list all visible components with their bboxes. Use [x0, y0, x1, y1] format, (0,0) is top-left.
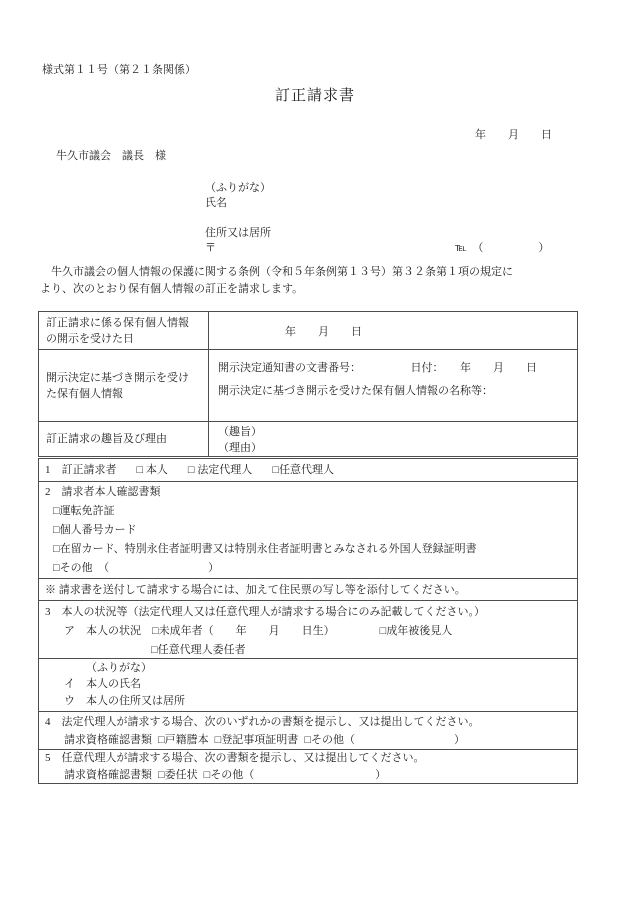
section-4-heading: 4 法定代理人が請求する場合、次のいずれかの書類を提示し、又は提出してください。 — [45, 713, 577, 731]
legal-rep-docs-line: 請求資格確認書類□戸籍謄本□登記事項証明書□その他（ ） — [64, 731, 577, 749]
option-label: 戸籍謄本 — [165, 734, 209, 746]
mailing-note: ※ 請求書を送付して請求する場合には、加えて住民票の写し等を添付してください。 — [45, 584, 466, 596]
correction-request-form: 様式第１１号（第２１条関係） 訂正請求書 年 月 日 牛久市議会 議長 様 （ふ… — [0, 0, 630, 903]
option-label: 法定代理人 — [195, 464, 253, 476]
section-5-voluntary-rep-documents: 5 任意代理人が請求する場合、次の書類を提示し、又は提出してください。 請求資格… — [39, 749, 577, 783]
document-number-line: 開示決定通知書の文書番号： 日付： 年 月 日 — [218, 357, 577, 380]
checkbox-other-identity-icon[interactable]: □ — [53, 562, 60, 574]
checkbox-legal-rep-icon[interactable]: □ — [188, 464, 195, 476]
table-row: 開示決定に基づき開示を受け た保有個人情報 開示決定通知書の文書番号： 日付： … — [39, 350, 578, 422]
row-value-purpose-reason: （趣旨） （理由） — [209, 422, 578, 457]
address-field-label: 住所又は居所 — [205, 224, 271, 240]
principal-name-address-row: （ふりがな） イ 本人の氏名 ウ 本人の住所又は居所 — [39, 658, 577, 711]
date-field: 年 月 日 — [475, 126, 552, 142]
checkbox-option-honnin[interactable]: □ 本人 — [137, 464, 168, 476]
principal-furigana-label: （ふりがな） — [86, 660, 577, 676]
checkbox-option-other-legal[interactable]: □その他（ ） — [304, 734, 465, 746]
postal-mark-icon: 〒 — [205, 239, 216, 255]
checkbox-option-voluntary-delegator[interactable]: □任意代理人委任者 — [151, 641, 577, 658]
option-label: その他 （ ） — [60, 562, 220, 574]
name-field-label: 氏名 — [205, 194, 227, 210]
row-value-disclosed-info: 開示決定通知書の文書番号： 日付： 年 月 日 開示決定に基づき開示を受けた保有… — [209, 350, 578, 422]
checkbox-option-other-identity[interactable]: □その他 （ ） — [53, 559, 577, 578]
option-label: 在留カード、特別永住者証明書又は特別永住者証明書とみなされる外国人登録証明書 — [60, 543, 477, 555]
checkbox-residence-card-icon[interactable]: □ — [53, 543, 60, 555]
checkbox-option-adult-ward[interactable]: □成年被後見人 — [380, 625, 453, 637]
option-label: 未成年者（ 年 月 日生） — [159, 625, 335, 637]
intro-paragraph: 牛久市議会の個人情報の保護に関する条例（令和５年条例第１３号）第３２条第１項の規… — [40, 264, 588, 298]
form-number: 様式第１１号（第２１条関係） — [42, 61, 196, 77]
row-label-purpose-reason: 訂正請求の趣旨及び理由 — [39, 422, 209, 457]
checkbox-option-voluntary-rep[interactable]: □任意代理人 — [272, 464, 334, 476]
section-2-heading: 2 請求者本人確認書類 — [45, 483, 577, 502]
row-label-disclosed-info: 開示決定に基づき開示を受け た保有個人情報 — [39, 350, 209, 422]
section-2-identity-documents: 2 請求者本人確認書類 □運転免許証 □個人番号カード □在留カード、特別永住者… — [39, 481, 577, 578]
option-label: 本人 — [143, 464, 168, 476]
section-3-heading: 3 本人の状況等（法定代理人又は任意代理人が請求する場合にのみ記載してください。… — [45, 603, 577, 622]
principal-name-label: イ 本人の氏名 — [64, 676, 577, 693]
checkbox-option-family-register[interactable]: □戸籍謄本 — [158, 734, 209, 746]
checkbox-voluntary-rep-icon[interactable]: □ — [272, 464, 279, 476]
checkbox-option-other-voluntary[interactable]: □その他（ ） — [204, 769, 387, 781]
voluntary-rep-docs-line: 請求資格確認書類□委任状□その他（ ） — [64, 767, 577, 783]
section-5-heading: 5 任意代理人が請求する場合、次の書類を提示し、又は提出してください。 — [45, 750, 577, 767]
table-row: 訂正請求に係る保有個人情報 の開示を受けた日 年 月 日 — [39, 312, 578, 350]
option-label: 委任状 — [165, 769, 198, 781]
checkbox-voluntary-delegator-icon[interactable]: □ — [151, 644, 158, 656]
addressee: 牛久市議会 議長 様 — [56, 147, 166, 163]
checkbox-poa-icon[interactable]: □ — [158, 769, 165, 781]
principal-status-line: ア 本人の状況 □未成年者（ 年 月 日生）□成年被後見人 — [64, 622, 577, 641]
table-row: 訂正請求の趣旨及び理由 （趣旨） （理由） — [39, 422, 578, 457]
section-4-legal-rep-documents: 4 法定代理人が請求する場合、次のいずれかの書類を提示し、又は提出してください。… — [39, 711, 577, 749]
option-label: 運転免許証 — [60, 505, 115, 517]
checkbox-drivers-license-icon[interactable]: □ — [53, 505, 60, 517]
disclosure-info-table: 訂正請求に係る保有個人情報 の開示を受けた日 年 月 日 開示決定に基づき開示を… — [38, 311, 578, 457]
docs-label: 請求資格確認書類 — [64, 769, 152, 781]
page-title: 訂正請求書 — [0, 84, 630, 105]
option-label: 登記事項証明書 — [221, 734, 298, 746]
section-1-heading: 1 訂正請求者 — [45, 464, 117, 476]
option-label: 任意代理人委任者 — [158, 644, 246, 656]
checkbox-option-registration-cert[interactable]: □登記事項証明書 — [215, 734, 299, 746]
row-label-disclosure-date: 訂正請求に係る保有個人情報 の開示を受けた日 — [39, 312, 209, 350]
info-name-line: 開示決定に基づき開示を受けた保有個人情報の名称等： — [218, 380, 577, 403]
checkbox-other-legal-icon[interactable]: □ — [304, 734, 311, 746]
docs-label: 請求資格確認書類 — [64, 734, 152, 746]
tel-field-label: ℡ （ ） — [455, 239, 549, 255]
checkbox-mynumber-card-icon[interactable]: □ — [53, 524, 60, 536]
principal-address-label: ウ 本人の住所又は居所 — [64, 693, 577, 710]
option-label: その他（ ） — [311, 734, 465, 746]
requester-sections-table: 1 訂正請求者□ 本人□ 法定代理人□任意代理人 2 請求者本人確認書類 □運転… — [38, 458, 578, 784]
principal-status-label: ア 本人の状況 — [64, 625, 152, 637]
option-label: その他（ ） — [210, 769, 386, 781]
option-label: 個人番号カード — [60, 524, 137, 536]
checkbox-minor-icon[interactable]: □ — [152, 625, 159, 637]
checkbox-option-mynumber-card[interactable]: □個人番号カード — [53, 521, 577, 540]
option-label: 成年被後見人 — [386, 625, 452, 637]
section-3-principal-status: 3 本人の状況等（法定代理人又は任意代理人が請求する場合にのみ記載してください。… — [39, 600, 577, 658]
furigana-label: （ふりがな） — [205, 179, 271, 195]
checkbox-option-minor[interactable]: □未成年者（ 年 月 日生） — [152, 625, 335, 637]
checkbox-option-drivers-license[interactable]: □運転免許証 — [53, 502, 577, 521]
checkbox-option-residence-card[interactable]: □在留カード、特別永住者証明書又は特別永住者証明書とみなされる外国人登録証明書 — [53, 540, 577, 559]
row-value-disclosure-date: 年 月 日 — [209, 312, 578, 350]
checkbox-option-legal-rep[interactable]: □ 法定代理人 — [188, 464, 252, 476]
checkbox-option-poa[interactable]: □委任状 — [158, 769, 198, 781]
mailing-note-row: ※ 請求書を送付して請求する場合には、加えて住民票の写し等を添付してください。 — [39, 578, 577, 600]
checkbox-family-register-icon[interactable]: □ — [158, 734, 165, 746]
option-label: 任意代理人 — [279, 464, 334, 476]
section-1-requester: 1 訂正請求者□ 本人□ 法定代理人□任意代理人 — [39, 459, 577, 481]
